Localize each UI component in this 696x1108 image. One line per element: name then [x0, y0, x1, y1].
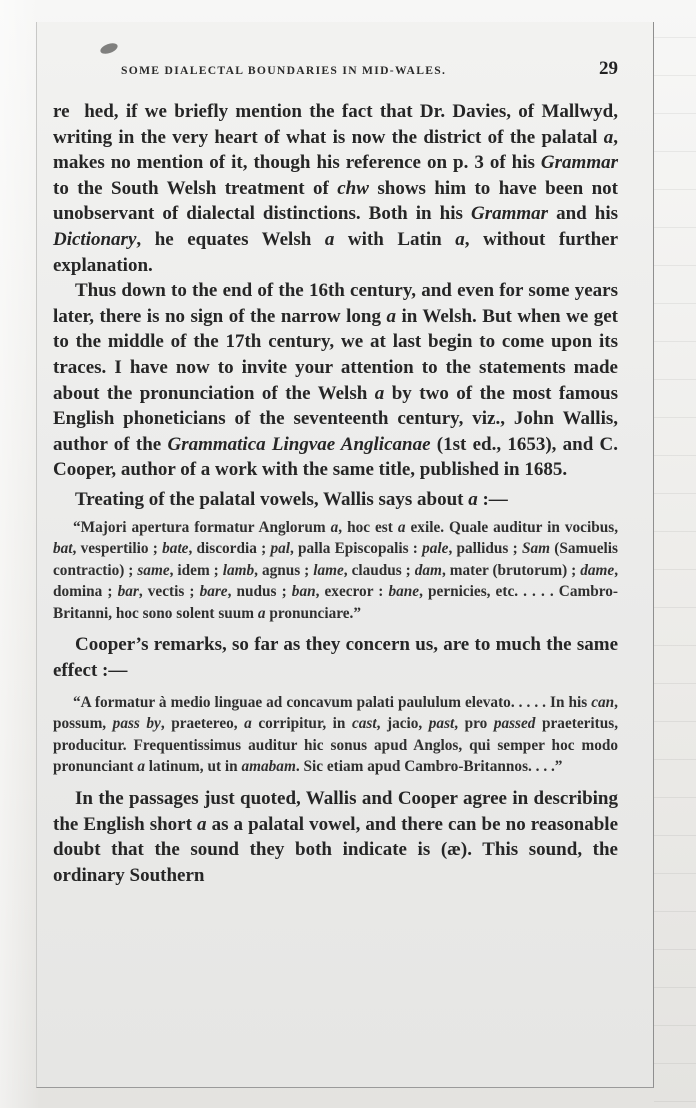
paragraph-3: Treating of the palatal vowels, Wallis s…: [53, 487, 618, 513]
text-run: , discordia ;: [188, 540, 266, 557]
italic-term: bat: [53, 540, 73, 557]
text-run: hed, if we briefly mention the fact that…: [53, 101, 618, 148]
text-run: , idem ;: [170, 562, 219, 579]
italic-term: bar: [118, 583, 139, 600]
text-run: , execror :: [316, 583, 384, 600]
text-run: “Majori apertura formatur Anglorum: [73, 519, 326, 536]
italic-term: cast: [352, 715, 377, 732]
block-quote-wallis: “Majori apertura formatur Anglorum a, ho…: [53, 517, 618, 625]
page-body: re hed, if we briefly mention the fact t…: [53, 99, 618, 888]
paragraph-1: re hed, if we briefly mention the fact t…: [53, 99, 618, 278]
italic-term: past: [429, 715, 455, 732]
paragraph-2: Thus down to the end of the 16th century…: [53, 278, 618, 483]
italic-term: a: [375, 383, 385, 404]
italic-term: a: [197, 814, 207, 835]
text-run: Cooper’s remarks, so far as they concern…: [53, 634, 618, 681]
text-run: :—: [482, 489, 507, 510]
italic-term: a: [137, 758, 145, 775]
italic-term: lame: [313, 562, 344, 579]
page-number: 29: [599, 58, 618, 80]
italic-term: lamb: [223, 562, 254, 579]
italic-term: bare: [200, 583, 228, 600]
text-run: to the South Welsh treatment of: [53, 178, 329, 199]
italic-term: bane: [389, 583, 420, 600]
italic-title: Grammar: [471, 203, 548, 224]
italic-term: pale: [422, 540, 448, 557]
italic-term: a: [468, 489, 478, 510]
text-run: , mater (brutorum) ;: [442, 562, 576, 579]
italic-term: dame: [580, 562, 614, 579]
italic-term: ban: [292, 583, 316, 600]
text-run: , claudus ;: [344, 562, 411, 579]
text-run: corripitur, in: [258, 715, 345, 732]
italic-term: amabam: [241, 758, 295, 775]
text-run: “A formatur à medio linguae ad concavum …: [73, 694, 587, 711]
italic-term: a: [244, 715, 252, 732]
italic-term: bate: [162, 540, 188, 557]
text-run: exile. Quale auditur in vocibus,: [411, 519, 619, 536]
text-run: pronunciare.”: [269, 605, 361, 622]
page-header: SOME DIALECTAL BOUNDARIES IN MID-WALES. …: [121, 58, 618, 80]
block-quote-cooper: “A formatur à medio linguae ad concavum …: [53, 692, 618, 778]
text-run: , agnus ;: [254, 562, 309, 579]
italic-term: pal: [270, 540, 290, 557]
text-run: with Latin: [348, 229, 442, 250]
italic-term: can: [591, 694, 614, 711]
text-run: , nudus ;: [228, 583, 287, 600]
italic-title: Dictionary: [53, 229, 136, 250]
text-run: . Sic etiam apud Cambro-Britannos. . . .…: [296, 758, 563, 775]
italic-title: Grammatica Lingvae Anglicanae: [167, 434, 430, 455]
italic-term: a: [325, 229, 335, 250]
italic-term: chw: [337, 178, 369, 199]
italic-term: same: [137, 562, 169, 579]
text-run: , jacio,: [377, 715, 423, 732]
text-run: latinum, ut in: [149, 758, 238, 775]
running-head: SOME DIALECTAL BOUNDARIES IN MID-WALES.: [121, 64, 446, 77]
paragraph-4: Cooper’s remarks, so far as they concern…: [53, 632, 618, 683]
text-run: re: [53, 101, 70, 122]
underlying-ruled-paper: [654, 0, 696, 1108]
text-run: , praetereo,: [161, 715, 238, 732]
italic-term: passed: [494, 715, 536, 732]
italic-term: pass by: [113, 715, 161, 732]
text-run: , vectis ;: [139, 583, 195, 600]
italic-term: Sam: [522, 540, 550, 557]
text-run: , hoc est: [338, 519, 393, 536]
italic-term: a: [604, 127, 614, 148]
italic-title: Grammar: [541, 152, 618, 173]
text-run: , palla Episcopalis :: [290, 540, 418, 557]
paragraph-5: In the passages just quoted, Wallis and …: [53, 786, 618, 888]
text-run: , pallidus ;: [448, 540, 517, 557]
italic-term: dam: [415, 562, 442, 579]
italic-term: a: [386, 306, 396, 327]
text-run: and his: [556, 203, 618, 224]
italic-term: a: [258, 605, 266, 622]
text-run: , vespertilio ;: [73, 540, 158, 557]
text-run: , he equates Welsh: [136, 229, 311, 250]
text-run: , pro: [454, 715, 487, 732]
italic-term: a: [398, 519, 406, 536]
italic-term: a: [455, 229, 465, 250]
text-run: Treating of the palatal vowels, Wallis s…: [75, 489, 463, 510]
